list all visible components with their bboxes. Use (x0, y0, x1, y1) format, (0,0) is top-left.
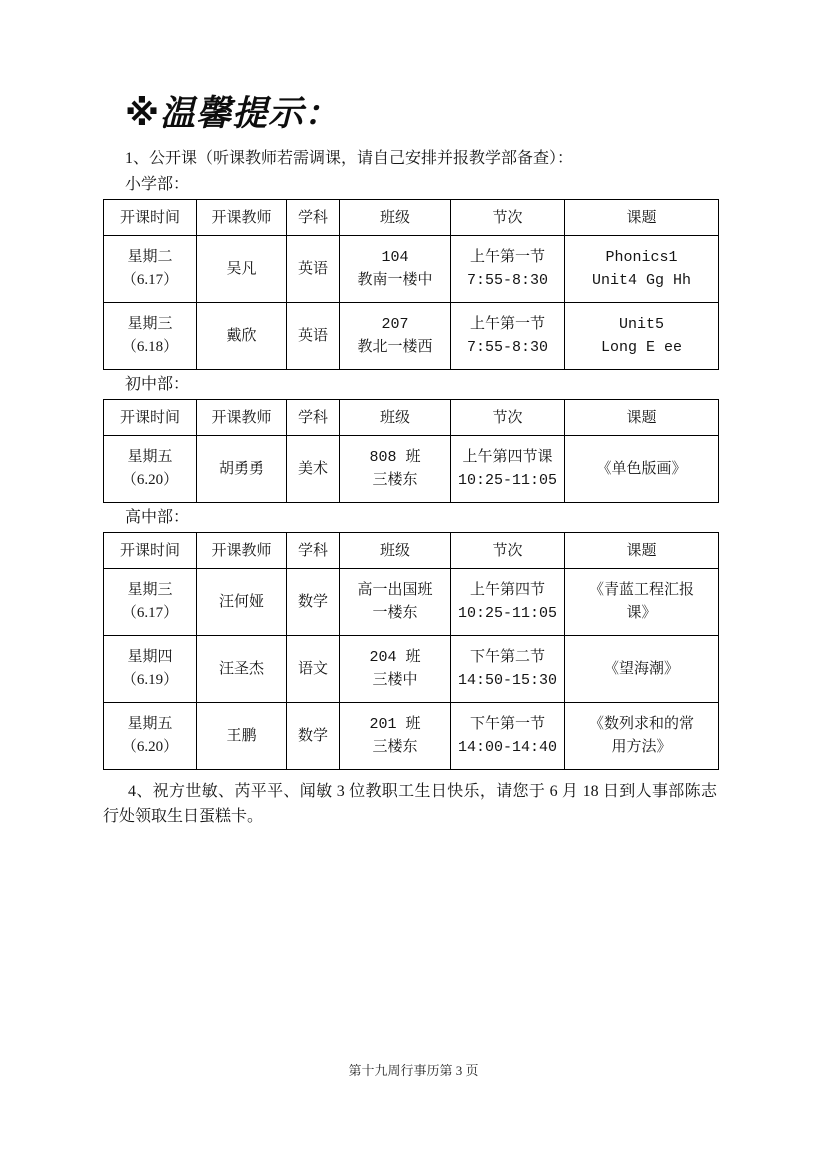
table-row: 星期四 （6.19） 汪圣杰 语文 204 班 三楼中 下午第二节 14:50-… (104, 636, 719, 703)
header-cell-time: 开课时间 (104, 533, 197, 569)
cell-topic: 《单色版画》 (565, 436, 719, 503)
cell-class: 201 班 三楼东 (340, 703, 451, 770)
intro-paragraph: 1、公开课（听课教师若需调课，请自己安排并报教学部备查）： (125, 147, 719, 170)
elementary-open-class-table: 开课时间 开课教师 学科 班级 节次 课题 星期二 （6.17） 吴凡 英语 1… (103, 199, 719, 370)
header-cell-class: 班级 (340, 200, 451, 236)
table-row: 星期二 （6.17） 吴凡 英语 104 教南一楼中 上午第一节 7:55-8:… (104, 236, 719, 303)
section-label-elementary: 小学部： (125, 174, 719, 196)
table-row: 星期三 （6.18） 戴欣 英语 207 教北一楼西 上午第一节 7:55-8:… (104, 303, 719, 370)
cell-class: 204 班 三楼中 (340, 636, 451, 703)
cell-period: 上午第四节 10:25-11:05 (451, 569, 565, 636)
cell-topic: Unit5 Long E ee (565, 303, 719, 370)
header-cell-time: 开课时间 (104, 400, 197, 436)
birthday-note: 4、祝方世敏、芮平平、闻敏 3 位教职工生日快乐，请您于 6 月 18 日到人事… (103, 779, 717, 829)
cell-time: 星期四 （6.19） (104, 636, 197, 703)
table-row: 星期三 （6.17） 汪何娅 数学 高一出国班 一楼东 上午第四节 10:25-… (104, 569, 719, 636)
cell-teacher: 胡勇勇 (197, 436, 287, 503)
cell-subject: 英语 (287, 303, 340, 370)
cell-teacher: 王鹏 (197, 703, 287, 770)
cell-class: 高一出国班 一楼东 (340, 569, 451, 636)
cell-time: 星期五 （6.20） (104, 436, 197, 503)
cell-subject: 美术 (287, 436, 340, 503)
header-cell-class: 班级 (340, 400, 451, 436)
table-header-row: 开课时间 开课教师 学科 班级 节次 课题 (104, 533, 719, 569)
header-cell-subject: 学科 (287, 533, 340, 569)
cell-topic: 《数列求和的常 用方法》 (565, 703, 719, 770)
cell-period: 下午第二节 14:50-15:30 (451, 636, 565, 703)
header-cell-subject: 学科 (287, 200, 340, 236)
cell-class: 808 班 三楼东 (340, 436, 451, 503)
header-cell-period: 节次 (451, 200, 565, 236)
header-cell-teacher: 开课教师 (197, 200, 287, 236)
header-cell-topic: 课题 (565, 200, 719, 236)
cell-subject: 数学 (287, 569, 340, 636)
cell-period: 上午第一节 7:55-8:30 (451, 303, 565, 370)
cell-teacher: 汪圣杰 (197, 636, 287, 703)
document-content: ※温馨提示： 1、公开课（听课教师若需调课，请自己安排并报教学部备查）： 小学部… (103, 0, 719, 829)
header-cell-subject: 学科 (287, 400, 340, 436)
cell-topic: 《望海潮》 (565, 636, 719, 703)
table-row: 星期五 （6.20） 王鹏 数学 201 班 三楼东 下午第一节 14:00-1… (104, 703, 719, 770)
cell-subject: 语文 (287, 636, 340, 703)
cell-time: 星期五 （6.20） (104, 703, 197, 770)
section-label-middle: 初中部： (125, 374, 719, 396)
cell-teacher: 戴欣 (197, 303, 287, 370)
cell-period: 下午第一节 14:00-14:40 (451, 703, 565, 770)
table-row: 星期五 （6.20） 胡勇勇 美术 808 班 三楼东 上午第四节课 10:25… (104, 436, 719, 503)
cell-subject: 数学 (287, 703, 340, 770)
table-header-row: 开课时间 开课教师 学科 班级 节次 课题 (104, 200, 719, 236)
cell-time: 星期三 （6.17） (104, 569, 197, 636)
header-cell-topic: 课题 (565, 533, 719, 569)
cell-period: 上午第一节 7:55-8:30 (451, 236, 565, 303)
page-title: ※温馨提示： (125, 94, 719, 134)
cell-class: 207 教北一楼西 (340, 303, 451, 370)
cell-class: 104 教南一楼中 (340, 236, 451, 303)
cell-teacher: 汪何娅 (197, 569, 287, 636)
document-page: ※温馨提示： 1、公开课（听课教师若需调课，请自己安排并报教学部备查）： 小学部… (0, 0, 827, 1169)
cell-subject: 英语 (287, 236, 340, 303)
cell-time: 星期三 （6.18） (104, 303, 197, 370)
cell-topic: Phonics1 Unit4 Gg Hh (565, 236, 719, 303)
cell-teacher: 吴凡 (197, 236, 287, 303)
cell-topic: 《青蓝工程汇报 课》 (565, 569, 719, 636)
header-cell-period: 节次 (451, 400, 565, 436)
header-cell-time: 开课时间 (104, 200, 197, 236)
page-footer: 第十九周行事历第 3 页 (0, 1060, 827, 1079)
cell-time: 星期二 （6.17） (104, 236, 197, 303)
middle-open-class-table: 开课时间 开课教师 学科 班级 节次 课题 星期五 （6.20） 胡勇勇 美术 … (103, 399, 719, 503)
table-header-row: 开课时间 开课教师 学科 班级 节次 课题 (104, 400, 719, 436)
header-cell-class: 班级 (340, 533, 451, 569)
cell-period: 上午第四节课 10:25-11:05 (451, 436, 565, 503)
section-label-high: 高中部： (125, 507, 719, 529)
header-cell-period: 节次 (451, 533, 565, 569)
header-cell-topic: 课题 (565, 400, 719, 436)
header-cell-teacher: 开课教师 (197, 400, 287, 436)
high-open-class-table: 开课时间 开课教师 学科 班级 节次 课题 星期三 （6.17） 汪何娅 数学 … (103, 532, 719, 770)
header-cell-teacher: 开课教师 (197, 533, 287, 569)
